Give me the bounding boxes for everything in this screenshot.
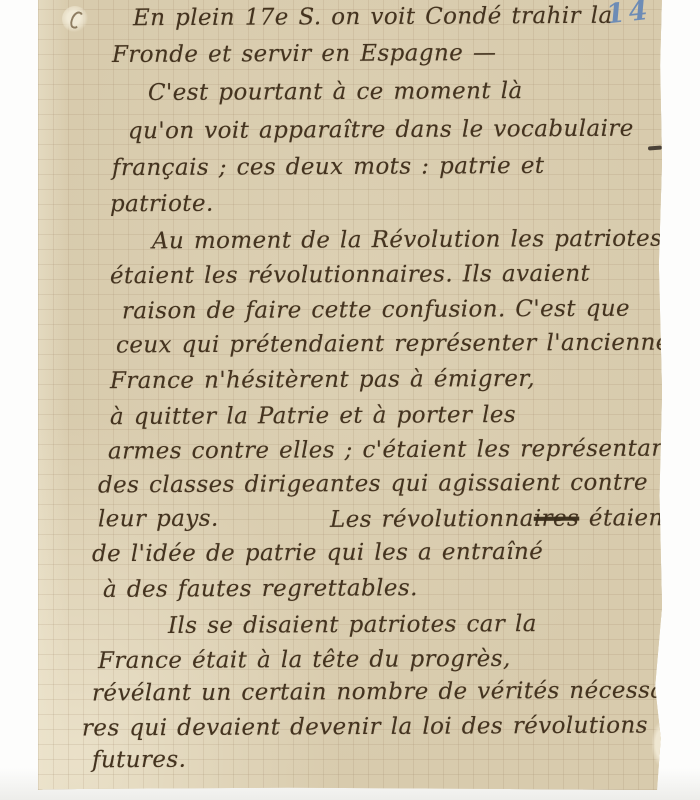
manuscript-line: ceux qui prétendaient représenter l'anci… [116,330,670,359]
manuscript-line: France était à la tête du progrès, [98,646,511,674]
manuscript-line: français ; ces deux mots : patrie et [112,153,545,181]
manuscript-line: à quitter la Patrie et à porter les [110,402,516,430]
manuscript-line: res qui devaient devenir la loi des révo… [82,713,648,742]
manuscript-line: leur pays. [98,506,219,533]
manuscript-line: Ils se disaient patriotes car la [168,611,537,639]
manuscript-line: révélant un certain nombre de vérités né… [92,677,672,706]
line-text: étaient [579,505,673,531]
manuscript-line: à des fautes regrettables. [103,575,418,603]
manuscript-page: 14 En plein 17e S. on voit Condé trahir … [38,0,662,790]
struck-text: ires [534,506,580,532]
scan-background: 14 En plein 17e S. on voit Condé trahir … [0,0,700,800]
manuscript-line: de l'idée de patrie qui les a entraîné [92,539,543,567]
manuscript-line: Au moment de la Révolution les patriotes [152,226,662,255]
handwritten-text: En plein 17e S. on voit Condé trahir laF… [38,0,662,790]
manuscript-line: En plein 17e S. on voit Condé trahir la [133,3,613,32]
manuscript-line: des classes dirigeantes qui agissaient c… [98,470,648,499]
manuscript-line: Fronde et servir en Espagne — [112,40,496,68]
manuscript-line: Les révolutionnaires étaient [330,505,673,533]
manuscript-line: patriote. [110,191,214,218]
line-text: Les révolutionna [330,506,534,533]
manuscript-line: futures. [92,747,186,773]
manuscript-line: qu'on voit apparaître dans le vocabulair… [128,116,634,145]
manuscript-line: France n'hésitèrent pas à émigrer, [110,366,535,394]
manuscript-line: C'est pourtant à ce moment là [148,78,523,106]
manuscript-line: armes contre elles ; c'étaient les repré… [108,435,689,464]
manuscript-line: raison de faire cette confusion. C'est q… [122,296,630,325]
manuscript-line: étaient les révolutionnaires. Ils avaien… [110,261,590,290]
